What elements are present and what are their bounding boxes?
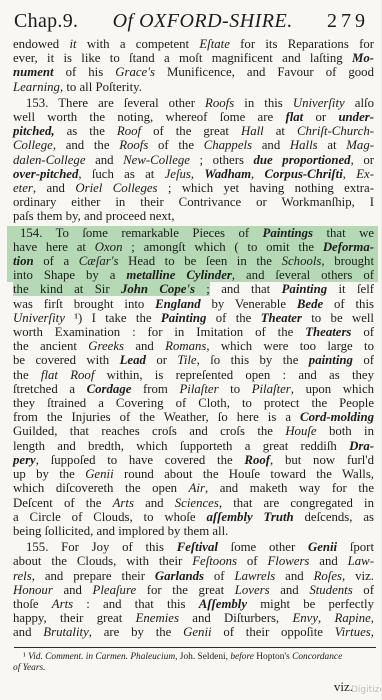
text-line: being ſollicited, and implored by them a… <box>13 524 374 538</box>
highlighted-text-line: have here at Oxon ; amongſt which ( to o… <box>7 240 378 254</box>
highlighted-text-line: 154. To ſome remarkable Pieces of Painti… <box>7 226 378 240</box>
chapter-label: Chap.9. <box>14 10 78 33</box>
text-line: the flat Roof within, is repreſented ope… <box>13 368 374 382</box>
text-line: about the Clouds, with their Feſtoons of… <box>13 554 374 568</box>
text-line: the ancient Greeks and Romans, which wer… <box>13 339 374 353</box>
text-line: dalen-College and New-College ; others d… <box>13 153 374 167</box>
digitization-watermark: Digitized b <box>351 685 382 695</box>
text-line: which diſcovereth the open Air, and make… <box>13 481 374 495</box>
text-line: be covered with Lead or Tile, ſo this by… <box>13 353 374 367</box>
text-line: they ſtrained a Covering of Cloth, to pr… <box>13 396 374 410</box>
page-title: Of OXFORD-SHIRE. <box>113 10 293 33</box>
text-line: nument of his Grace's Munificence, and F… <box>13 65 374 79</box>
text-line: pery, ſuppoſed to have covered the Roof,… <box>13 453 374 467</box>
text-line: thoſe Arts : and that this Aſſembly migh… <box>13 597 374 611</box>
text-line: 155. For Joy of this Feſtival ſome other… <box>13 540 374 554</box>
paragraph: 153. There are ſeveral other Roofs in th… <box>13 96 374 224</box>
footnote: ¹ Vid. Comment. in Carmen. Phaleucium, J… <box>13 652 373 674</box>
text-line: was firſt brought into England by Venera… <box>13 297 374 311</box>
text-line: Learning, to all Poſterity. <box>13 80 374 94</box>
text-line: paſs them by, and proceed next, <box>13 209 374 223</box>
book-page-scan: Chap.9. Of OXFORD-SHIRE. 279 endowed it … <box>0 0 382 700</box>
text-line: happy, their great Enemies and Diſturber… <box>13 611 374 625</box>
highlighted-text-line: into Shape by a metalline Cylinder, and … <box>7 268 378 282</box>
text-line: Deſcent of the Arts and Sciences, that a… <box>13 496 374 510</box>
text-line: worth Examination : for in Imitation of … <box>13 325 374 339</box>
text-line: rels, and prepare their Garlands of Lawr… <box>13 569 374 583</box>
text-line: ¹ Vid. Comment. in Carmen. Phaleucium, J… <box>13 652 373 663</box>
text-line: the kind at Sir John Cope's ; and that P… <box>13 282 374 296</box>
text-line: well worth the noting, whereof ſome are … <box>13 110 374 124</box>
footnote-rule <box>14 647 376 648</box>
text-line: College, and the Roofs of the Chappels a… <box>13 138 374 152</box>
highlighted-text-line: tion of a Cæſar's Head to be ſeen in the… <box>7 254 378 268</box>
text-line: Univerſity ¹) I take the Painting of the… <box>13 311 374 325</box>
paragraph: endowed it with a competent Eſtate for i… <box>13 37 374 94</box>
text-line: and Brutality, are by the Genii of their… <box>13 625 374 639</box>
highlight: the kind at Sir <box>13 282 121 296</box>
highlight: ; <box>195 282 210 296</box>
paragraph: 155. For Joy of this Feſtival ſome other… <box>13 540 374 639</box>
page-body: endowed it with a competent Eſtate for i… <box>13 37 374 640</box>
page-number: 279 <box>327 10 369 33</box>
text-line: pitched, as the Roof of the great Hall a… <box>13 124 374 138</box>
text-line: of Years. <box>13 663 373 674</box>
paragraph: 154. To ſome remarkable Pieces of Painti… <box>13 226 374 538</box>
highlight: John Cope's <box>121 282 195 296</box>
text-line: endowed it with a competent Eſtate for i… <box>13 37 374 51</box>
text-line: ordinary either in their Contrivance or … <box>13 195 374 209</box>
text-line: 153. There are ſeveral other Roofs in th… <box>13 96 374 110</box>
text-line: up by the Genii round about the Houſe to… <box>13 467 374 481</box>
text-line: Honour and Pleaſure for the great Lovers… <box>13 583 374 597</box>
text-line: ever, it is like to ſtand a moſt magnifi… <box>13 51 374 65</box>
text-line: eter, and Oriel Colleges ; which yet hav… <box>13 181 374 195</box>
text-line: Guilded, that reaches croſs and croſs th… <box>13 424 374 438</box>
text-line: over-pitched, ſuch as at Jeſus, Wadham, … <box>13 167 374 181</box>
running-header: Chap.9. Of OXFORD-SHIRE. 279 <box>13 8 373 33</box>
text-line: length and bredth, which ſupporteth a gr… <box>13 439 374 453</box>
text-line: ſtretched a Cordage from Pilaſter to Pil… <box>13 382 374 396</box>
text-line: from the Injuries of the Weather, ſo her… <box>13 410 374 424</box>
text-line: a Circle of Clouds, to whoſe aſſembly Tr… <box>13 510 374 524</box>
